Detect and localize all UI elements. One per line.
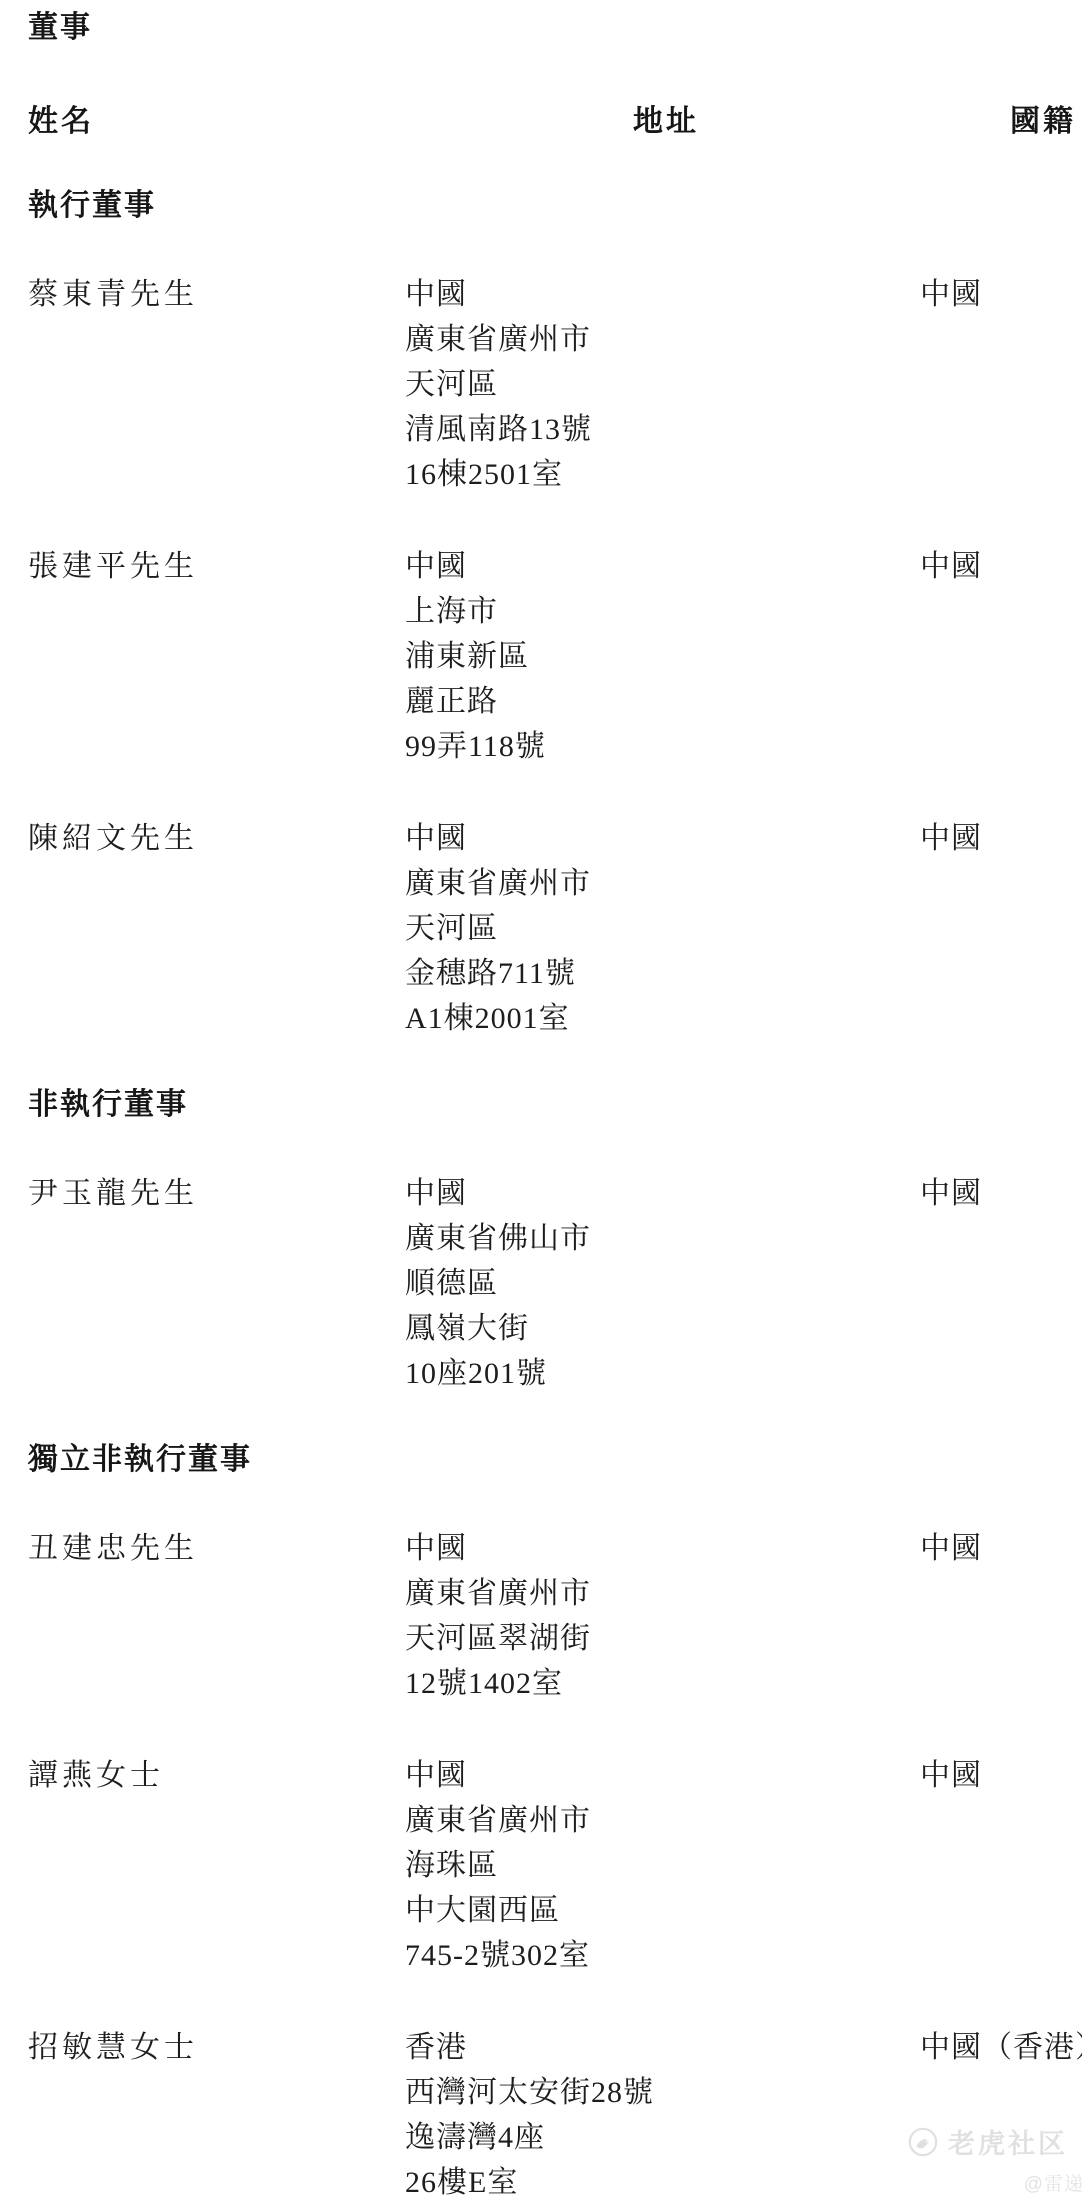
section-heading: 執行董事 xyxy=(28,186,1082,226)
watermark-brand: 老虎社区 xyxy=(948,2122,1068,2161)
address-line: 天河區 xyxy=(405,906,920,951)
director-section: 執行董事 蔡東青先生 中國廣東省廣州市天河區清風南路13號16棟2501室 中國… xyxy=(28,186,1082,1041)
watermark-handle: @雷递 xyxy=(908,2169,1082,2196)
address-line: 天河區 xyxy=(405,362,920,407)
address-line: 中國 xyxy=(405,544,920,589)
director-list: 尹玉龍先生 中國廣東省佛山市順德區鳳嶺大街10座201號 中國 xyxy=(28,1171,1082,1396)
director-address: 香港西灣河太安街28號逸濤灣4座26樓E室 xyxy=(405,2025,920,2202)
address-line: 順德區 xyxy=(405,1261,920,1306)
director-name: 陳紹文先生 xyxy=(28,816,405,861)
watermark-row: 老虎社区 xyxy=(908,2122,1082,2161)
director-address: 中國廣東省佛山市順德區鳳嶺大街10座201號 xyxy=(405,1171,920,1396)
director-nationality: 中國（香港） xyxy=(920,2025,1082,2070)
director-section: 非執行董事 尹玉龍先生 中國廣東省佛山市順德區鳳嶺大街10座201號 中國 xyxy=(28,1085,1082,1396)
director-row: 丑建忠先生 中國廣東省廣州市天河區翠湖街12號1402室 中國 xyxy=(28,1526,1082,1706)
director-row: 尹玉龍先生 中國廣東省佛山市順德區鳳嶺大街10座201號 中國 xyxy=(28,1171,1082,1396)
address-line: 中國 xyxy=(405,1171,920,1216)
address-line: 西灣河太安街28號 xyxy=(405,2070,920,2115)
director-sections: 執行董事 蔡東青先生 中國廣東省廣州市天河區清風南路13號16棟2501室 中國… xyxy=(28,186,1082,2202)
tiger-logo-icon xyxy=(908,2127,938,2157)
address-line: 逸濤灣4座 xyxy=(405,2115,920,2160)
address-line: 廣東省廣州市 xyxy=(405,1571,920,1616)
address-line: 中國 xyxy=(405,272,920,317)
address-line: 金穗路711號 xyxy=(405,951,920,996)
address-line: 中國 xyxy=(405,816,920,861)
director-name: 譚燕女士 xyxy=(28,1753,405,1798)
director-nationality: 中國 xyxy=(920,816,1082,861)
address-line: 上海市 xyxy=(405,589,920,634)
director-name: 張建平先生 xyxy=(28,544,405,589)
director-row: 蔡東青先生 中國廣東省廣州市天河區清風南路13號16棟2501室 中國 xyxy=(28,272,1082,497)
director-row: 陳紹文先生 中國廣東省廣州市天河區金穗路711號A1棟2001室 中國 xyxy=(28,816,1082,1041)
address-line: 中大園西區 xyxy=(405,1888,920,1933)
column-header-name: 姓名 xyxy=(28,105,94,138)
section-heading: 獨立非執行董事 xyxy=(28,1440,1082,1480)
address-line: 麗正路 xyxy=(405,679,920,724)
address-line: 廣東省廣州市 xyxy=(405,861,920,906)
address-line: 26樓E室 xyxy=(405,2160,920,2202)
director-name: 尹玉龍先生 xyxy=(28,1171,405,1216)
address-line: 12號1402室 xyxy=(405,1661,920,1706)
director-row: 譚燕女士 中國廣東省廣州市海珠區中大園西區745-2號302室 中國 xyxy=(28,1753,1082,1978)
address-line: 浦東新區 xyxy=(405,634,920,679)
director-name: 丑建忠先生 xyxy=(28,1526,405,1571)
director-list: 蔡東青先生 中國廣東省廣州市天河區清風南路13號16棟2501室 中國 張建平先… xyxy=(28,272,1082,1041)
director-nationality: 中國 xyxy=(920,1753,1082,1798)
address-line: 16棟2501室 xyxy=(405,452,920,497)
column-header-address: 地址 xyxy=(633,102,699,142)
director-list: 丑建忠先生 中國廣東省廣州市天河區翠湖街12號1402室 中國 譚燕女士 中國廣… xyxy=(28,1526,1082,2202)
director-name: 蔡東青先生 xyxy=(28,272,405,317)
director-address: 中國廣東省廣州市海珠區中大園西區745-2號302室 xyxy=(405,1753,920,1978)
address-line: 廣東省佛山市 xyxy=(405,1216,920,1261)
director-nationality: 中國 xyxy=(920,272,1082,317)
page-title: 董事 xyxy=(28,8,1082,48)
director-address: 中國廣東省廣州市天河區翠湖街12號1402室 xyxy=(405,1526,920,1706)
address-line: 中國 xyxy=(405,1526,920,1571)
address-line: 香港 xyxy=(405,2025,920,2070)
section-heading: 非執行董事 xyxy=(28,1085,1082,1125)
address-line: 10座201號 xyxy=(405,1351,920,1396)
director-section: 獨立非執行董事 丑建忠先生 中國廣東省廣州市天河區翠湖街12號1402室 中國 … xyxy=(28,1440,1082,2202)
director-nationality: 中國 xyxy=(920,1171,1082,1216)
column-header-row: 姓名 地址 國籍 xyxy=(28,102,1082,142)
address-line: 天河區翠湖街 xyxy=(405,1616,920,1661)
director-address: 中國上海市浦東新區麗正路99弄118號 xyxy=(405,544,920,769)
director-address: 中國廣東省廣州市天河區金穗路711號A1棟2001室 xyxy=(405,816,920,1041)
director-address: 中國廣東省廣州市天河區清風南路13號16棟2501室 xyxy=(405,272,920,497)
director-nationality: 中國 xyxy=(920,1526,1082,1571)
column-header-nationality: 國籍 xyxy=(1010,102,1076,142)
address-line: 清風南路13號 xyxy=(405,407,920,452)
address-line: 745-2號302室 xyxy=(405,1933,920,1978)
address-line: 中國 xyxy=(405,1753,920,1798)
address-line: 99弄118號 xyxy=(405,724,920,769)
address-line: 廣東省廣州市 xyxy=(405,317,920,362)
address-line: A1棟2001室 xyxy=(405,996,920,1041)
directors-document-page: 董事 姓名 地址 國籍 執行董事 蔡東青先生 中國廣東省廣州市天河區清風南路13… xyxy=(0,0,1082,2202)
director-row: 張建平先生 中國上海市浦東新區麗正路99弄118號 中國 xyxy=(28,544,1082,769)
director-name: 招敏慧女士 xyxy=(28,2025,405,2070)
director-nationality: 中國 xyxy=(920,544,1082,589)
address-line: 廣東省廣州市 xyxy=(405,1798,920,1843)
address-line: 海珠區 xyxy=(405,1843,920,1888)
address-line: 鳳嶺大街 xyxy=(405,1306,920,1351)
watermark: 老虎社区 @雷递 xyxy=(908,2122,1082,2196)
